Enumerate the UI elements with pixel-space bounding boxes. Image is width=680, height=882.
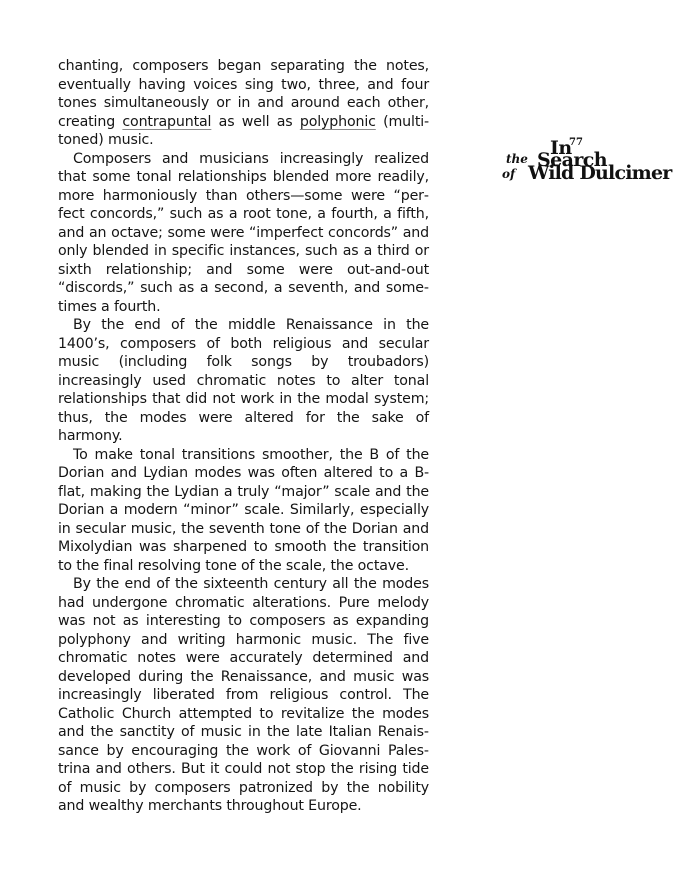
body-text-column: chanting, composers began separating the… [58,57,429,816]
paragraph-4: To make tonal transitions smoother, the … [58,446,429,576]
page-number: 77 [569,138,583,148]
logo-words-wild-dulcimer: Wild Dulcimer [528,165,671,181]
logo-word-the: the [506,153,528,165]
logo-word-of: of [502,168,515,180]
paragraph-2: Composers and musicians increasingly rea… [58,150,429,317]
running-head-logo: In 77 the Search of Wild Dulcimer [500,138,660,190]
term-polyphonic: polyphonic [300,114,376,130]
book-page: chanting, composers began separating the… [0,0,680,882]
paragraph-3: By the end of the middle Renaissance in … [58,316,429,446]
paragraph-1-text-b: as well as [211,114,300,130]
term-contrapuntal: contrapuntal [122,114,211,130]
paragraph-1: chanting, composers began separating the… [58,57,429,150]
paragraph-5: By the end of the sixteenth century all … [58,575,429,816]
